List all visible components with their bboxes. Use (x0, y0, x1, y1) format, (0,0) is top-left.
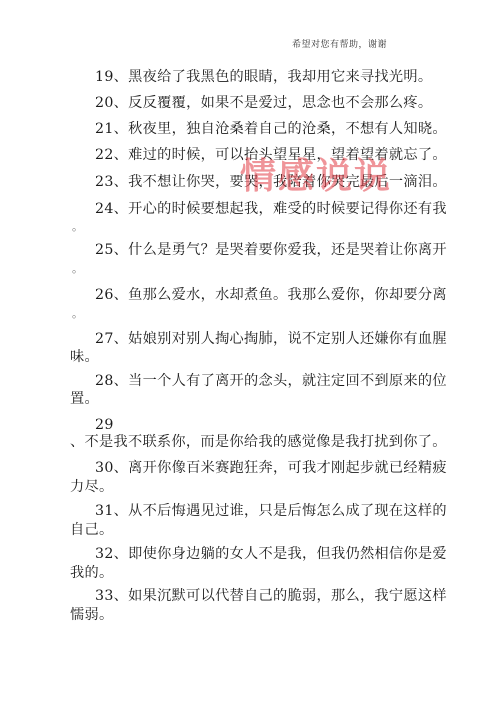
paragraph-28-line-2: 置。 (70, 390, 99, 408)
paragraph-32-line-1: 32、即使你身边躺的女人不是我，但我仍然相信你是爱 (95, 545, 447, 563)
paragraph-31-line-1: 31、从不后悔遇见过谁，只是后悔怎么成了现在这样的 (95, 502, 447, 520)
paragraph-33-line-1: 33、如果沉默可以代替自己的脆弱，那么，我宁愿这样 (95, 587, 447, 605)
paragraph-33-line-2: 懦弱。 (70, 606, 113, 624)
paragraph-31-line-2: 自己。 (70, 521, 113, 539)
paragraph-20-line-1: 20、反反覆覆，如果不是爱过，思念也不会那么疼。 (95, 94, 432, 112)
paragraph-25-line-1: 25、什么是勇气？是哭着要你爱我，还是哭着让你离开 (95, 241, 447, 259)
paragraph-27-line-2: 味。 (70, 348, 99, 366)
paragraph-28-line-1: 28、当一个人有了离开的念头，就注定回不到原来的位 (95, 372, 447, 390)
paragraph-32-line-2: 我的。 (70, 564, 113, 582)
paragraph-23-line-1: 23、我不想让你哭，要哭，我陪着你哭完最后一滴泪。 (95, 173, 447, 191)
paragraph-19-line-1: 19、黑夜给了我黑色的眼睛，我却用它来寻找光明。 (95, 68, 432, 86)
paragraph-26-line-2: 。 (72, 305, 83, 323)
paragraph-30-line-1: 30、离开你像百米赛跑狂奔，可我才刚起步就已经精疲 (95, 459, 447, 477)
paragraph-22-line-1: 22、难过的时候，可以抬头望星星，望着望着就忘了。 (95, 146, 447, 164)
document-page: 希望对您有帮助，谢谢 19、黑夜给了我黑色的眼睛，我却用它来寻找光明。 20、反… (0, 0, 500, 708)
paragraph-24-line-1: 24、开心的时候要想起我，难受的时候要记得你还有我 (95, 200, 447, 218)
paragraph-21-line-1: 21、秋夜里，独自沧桑着自己的沧桑，不想有人知晓。 (95, 120, 447, 138)
paragraph-27-line-1: 27、姑娘别对别人掏心掏肺，说不定别人还嫌你有血腥 (95, 330, 447, 348)
paragraph-24-line-2: 。 (72, 218, 83, 236)
paragraph-29-line-2: 、不是我不联系你，而是你给我的感觉像是我打扰到你了。 (70, 433, 447, 451)
paragraph-30-line-2: 力尽。 (70, 478, 113, 496)
paragraph-26-line-1: 26、鱼那么爱水，水却煮鱼。我那么爱你，你却要分离 (95, 286, 447, 304)
paragraph-25-line-2: 。 (72, 260, 83, 278)
header-note: 希望对您有帮助，谢谢 (292, 37, 387, 50)
paragraph-29-line-1: 29 (95, 416, 114, 434)
